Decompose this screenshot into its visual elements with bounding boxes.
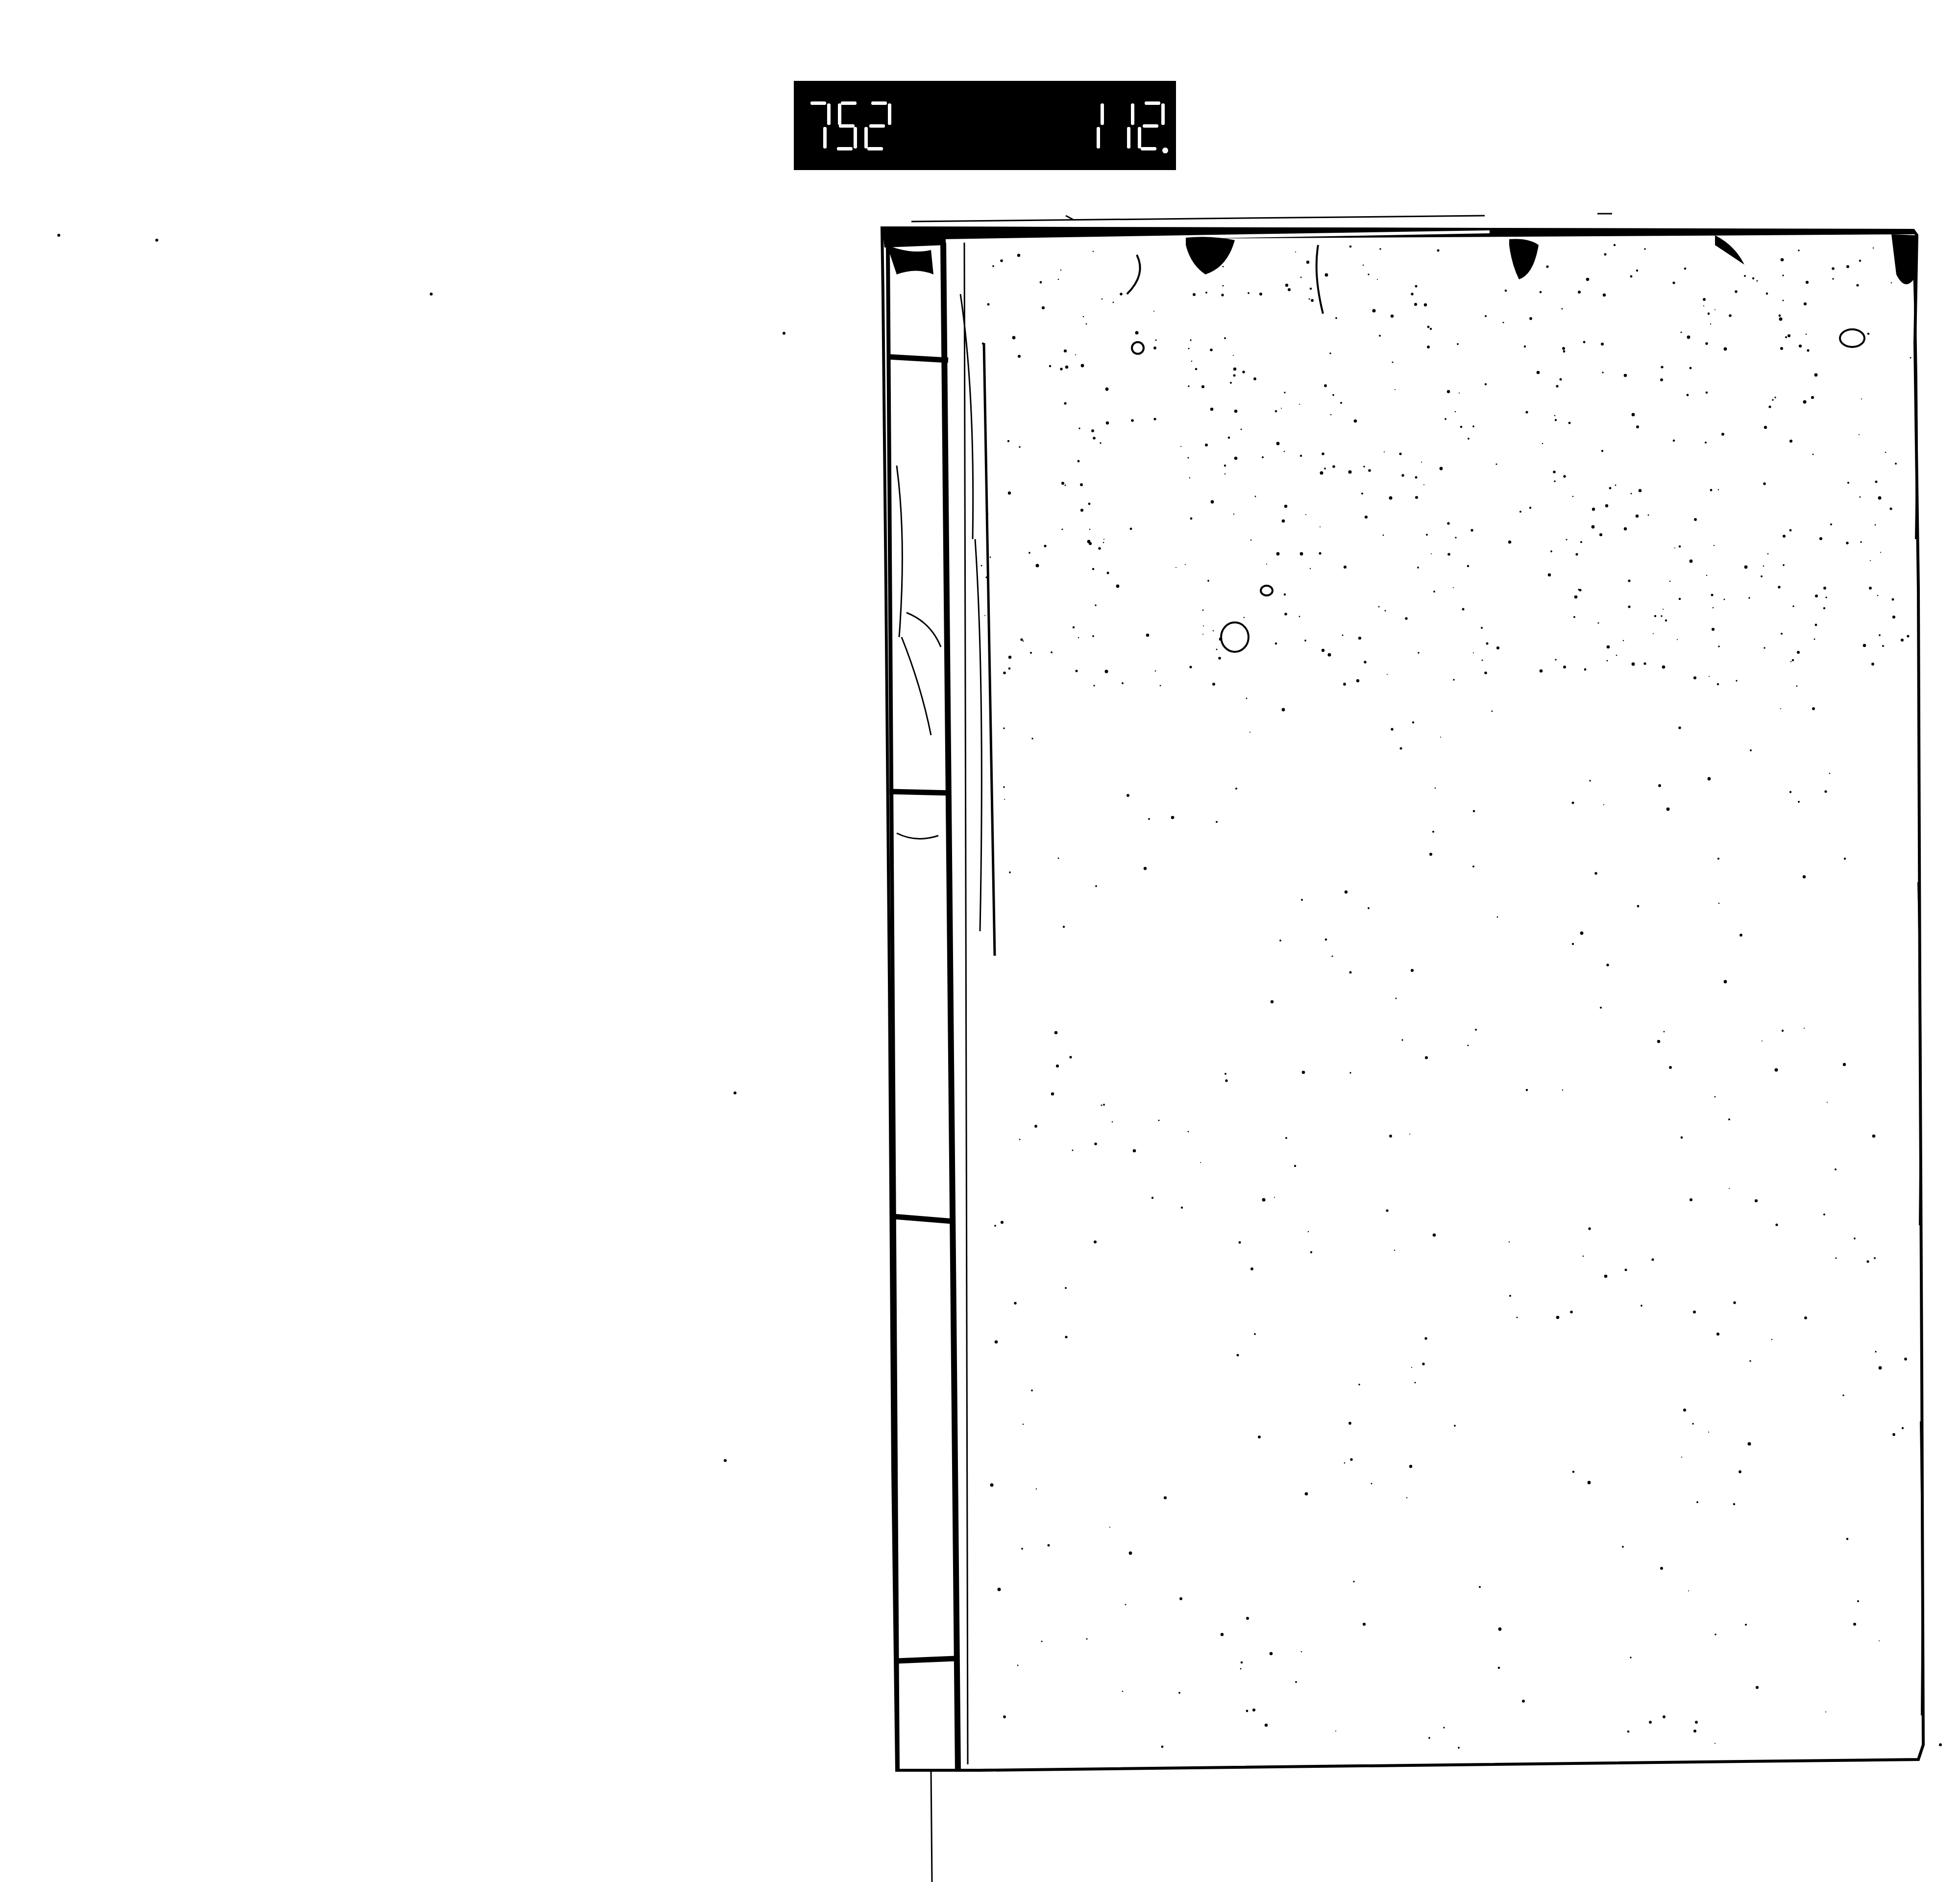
book-scan [0, 0, 1960, 1882]
stitch-4 [897, 1659, 955, 1661]
cover-outline [882, 228, 1923, 1770]
book-cover-drawing [0, 0, 1960, 1882]
top-edge-artifact [911, 216, 1485, 222]
scan-artifact-line [931, 1770, 932, 1882]
stitch-2 [889, 792, 951, 793]
stitch-1 [888, 357, 948, 360]
